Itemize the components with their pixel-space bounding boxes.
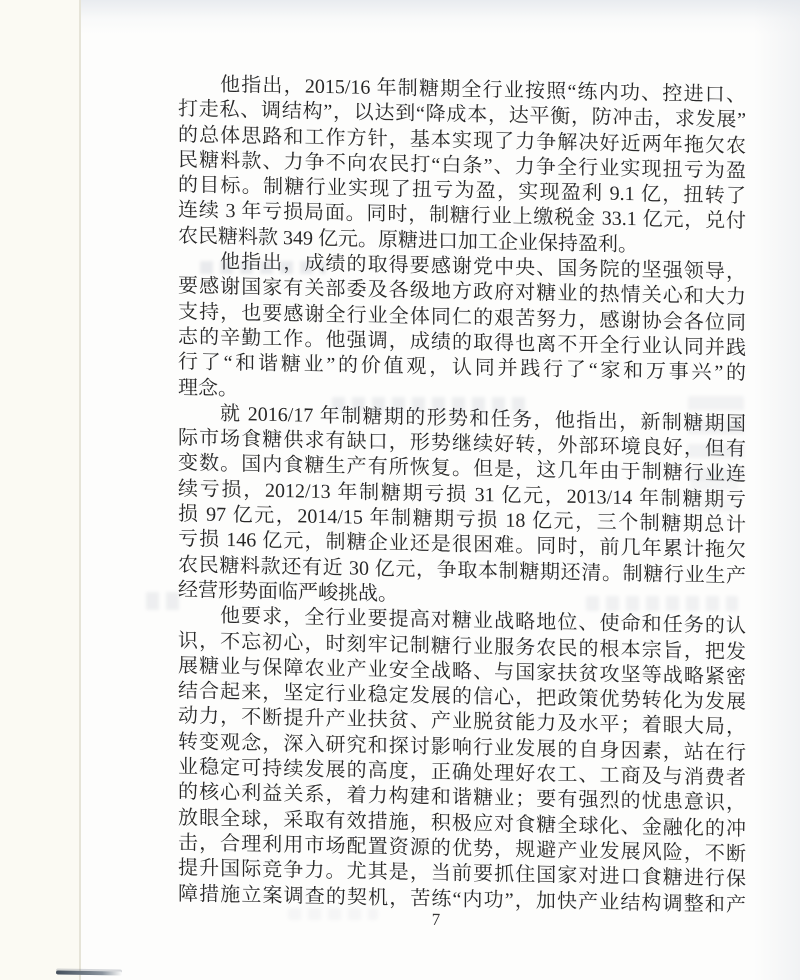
scan-artifact-bleedthrough — [586, 596, 738, 611]
paragraph: 他要求，全行业要提高对糖业战略地位、使命和任务的认 识，不忘初心，时刻牢记制糖行… — [178, 603, 746, 918]
paragraph: 就 2016/17 年制糖期的形势和任务，他指出，新制糖期国 际市场食糖供求有缺… — [178, 401, 746, 615]
page-left-margin-strip — [0, 0, 81, 980]
scan-artifact-bleedthrough — [288, 908, 378, 920]
scan-shadow-top — [81, 0, 800, 34]
scanned-document-page: 他指出，2015/16 年制糖期全行业按照“练内功、控进口、 打走私、调结构”，… — [0, 0, 800, 980]
scan-shadow-right — [754, 0, 800, 980]
scan-artifact-bleedthrough — [146, 592, 184, 610]
scan-artifact-bleedthrough — [332, 397, 530, 412]
scan-artifact-bleedthrough — [690, 478, 738, 518]
page-number: 7 — [424, 910, 448, 930]
paragraph: 他指出，2015/16 年制糖期全行业按照“练内功、控进口、 打走私、调结构”，… — [178, 72, 746, 260]
scan-artifact-bleedthrough — [200, 261, 326, 274]
scan-artifact-bleedthrough — [688, 396, 744, 480]
document-body-text: 他指出，2015/16 年制糖期全行业按照“练内功、控进口、 打走私、调结构”，… — [178, 72, 746, 918]
